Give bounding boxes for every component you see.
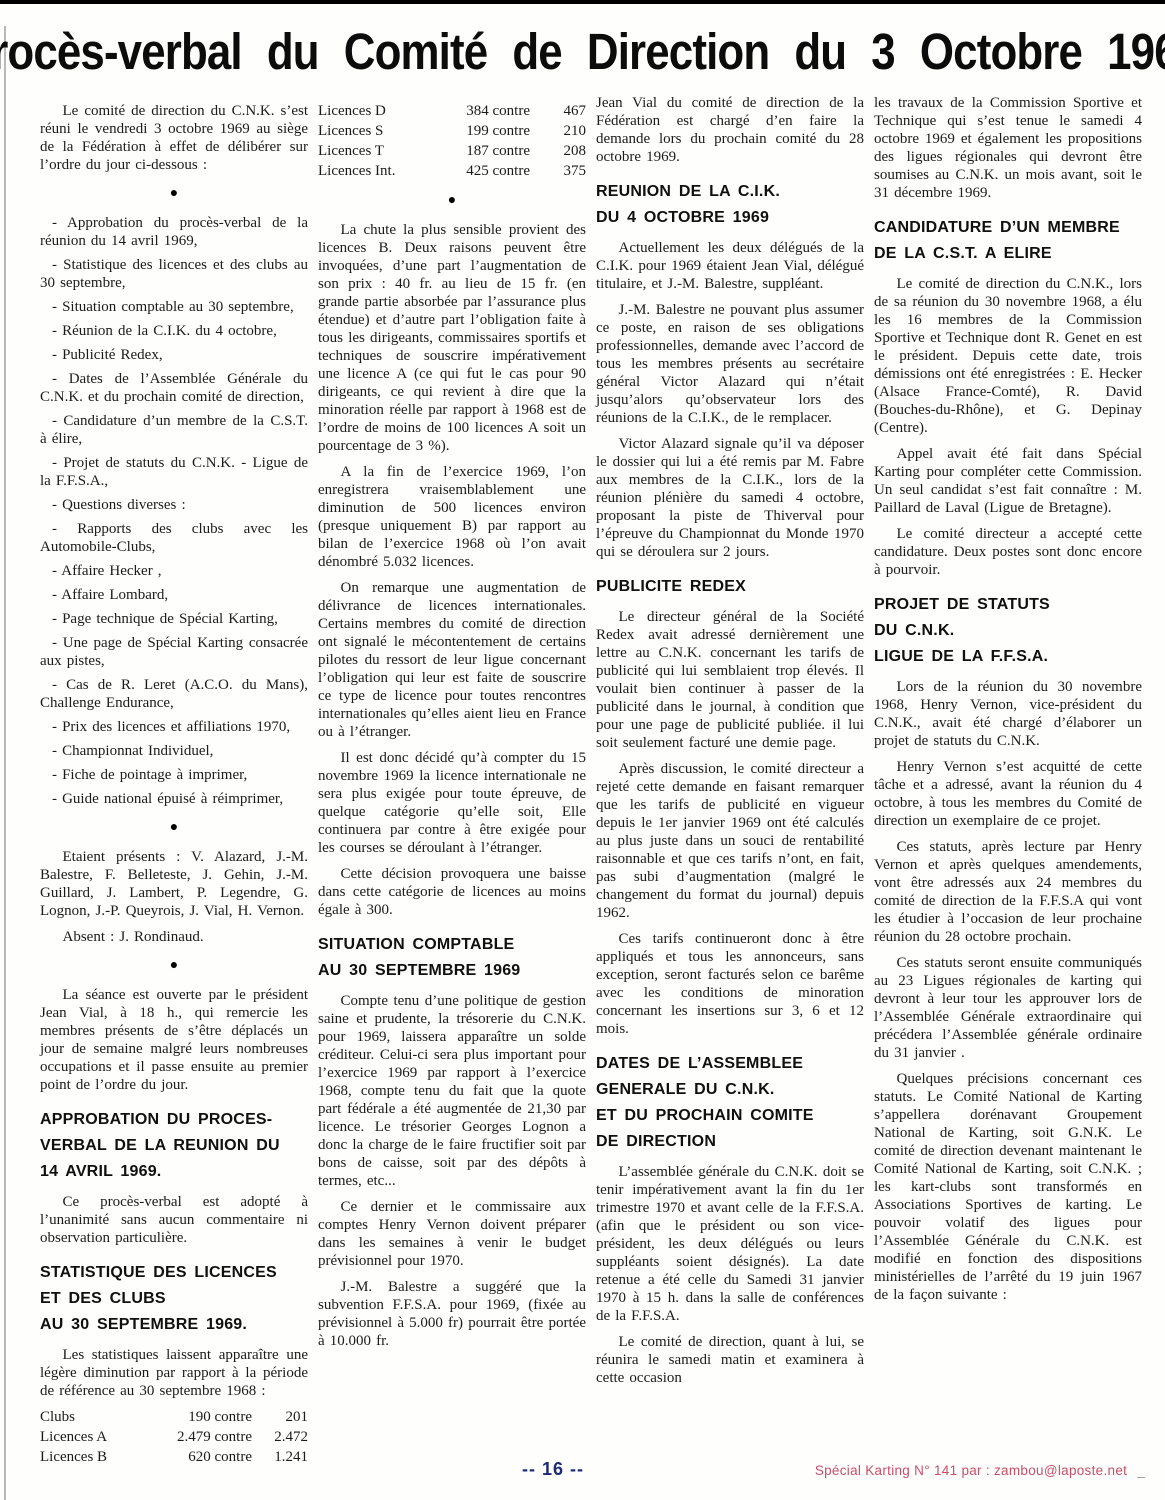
agenda-item: - Réunion de la C.I.K. du 4 octobre, <box>40 322 308 340</box>
document-page: Procès-verbal du Comité de Direction du … <box>0 0 1165 1500</box>
bullet-separator: ● <box>40 187 308 201</box>
section-heading: DATES DE L’ASSEMBLEEGENERALE DU C.N.K.ET… <box>596 1051 864 1155</box>
paragraph: Victor Alazard signale qu’il va déposer … <box>596 435 864 561</box>
page-number: -- 16 -- <box>522 1459 584 1480</box>
agenda-item: - Championnat Individuel, <box>40 742 308 760</box>
left-border-rule <box>4 26 6 1500</box>
paragraph: Les statistiques laissent apparaître une… <box>40 1346 308 1400</box>
stats-value-previous: 2.472 <box>252 1427 308 1447</box>
paragraph: La chute la plus sensible provient des l… <box>318 221 586 455</box>
section-heading: PROJET DE STATUTSDU C.N.K.LIGUE DE LA F.… <box>874 592 1142 670</box>
paragraph: Henry Vernon s’est acquitté de cette tâc… <box>874 758 1142 830</box>
stats-row: Licences A2.479 contre2.472 <box>40 1427 308 1447</box>
stats-table: Licences D384 contre467Licences S199 con… <box>318 101 586 181</box>
stats-value-previous: 467 <box>530 101 586 121</box>
heading-line: VERBAL DE LA REUNION DU <box>40 1133 308 1159</box>
paragraph: Compte tenu d’une politique de gestion s… <box>318 992 586 1190</box>
top-border-rule <box>0 0 1165 4</box>
paragraph: les travaux de la Commission Sportive et… <box>874 94 1142 202</box>
paragraph: Lors de la réunion du 30 novembre 1968, … <box>874 678 1142 750</box>
page-title: Procès-verbal du Comité de Direction du … <box>0 24 1165 80</box>
stats-value-previous: 1.241 <box>252 1447 308 1467</box>
agenda-item: - Page technique de Spécial Karting, <box>40 610 308 628</box>
stats-label: Licences D <box>318 101 466 121</box>
section-heading: PUBLICITE REDEX <box>596 574 864 600</box>
heading-line: STATISTIQUE DES LICENCES <box>40 1260 308 1286</box>
stats-value-current: 190 contre <box>188 1407 252 1427</box>
heading-line: SITUATION COMPTABLE <box>318 932 586 958</box>
stats-value-current: 2.479 contre <box>177 1427 252 1447</box>
stats-label: Clubs <box>40 1407 188 1427</box>
paragraph: Quelques précisions concernant ces statu… <box>874 1070 1142 1304</box>
article-columns: Le comité de direction du C.N.K. s’est r… <box>40 94 1142 1467</box>
stats-value-current: 425 contre <box>466 161 530 181</box>
footer-credit: Spécial Karting N° 141 par : zambou@lapo… <box>815 1463 1145 1478</box>
stats-value-current: 384 contre <box>466 101 530 121</box>
agenda-item: - Fiche de pointage à imprimer, <box>40 766 308 784</box>
paragraph: Ce dernier et le commissaire aux comptes… <box>318 1198 586 1270</box>
agenda-item: - Une page de Spécial Karting consacrée … <box>40 634 308 670</box>
heading-line: DE LA C.S.T. A ELIRE <box>874 241 1142 267</box>
bullet-separator: ● <box>318 194 586 208</box>
paragraph: L’assemblée générale du C.N.K. doit se t… <box>596 1163 864 1325</box>
paragraph: Ces tarifs continueront donc à être appl… <box>596 930 864 1038</box>
stats-value-previous: 201 <box>252 1407 308 1427</box>
section-heading: APPROBATION DU PROCES-VERBAL DE LA REUNI… <box>40 1107 308 1185</box>
paragraph: A la fin de l’exercice 1969, l’on enregi… <box>318 463 586 571</box>
agenda-item: - Prix des licences et affiliations 1970… <box>40 718 308 736</box>
heading-line: APPROBATION DU PROCES- <box>40 1107 308 1133</box>
heading-line: ET DU PROCHAIN COMITE <box>596 1103 864 1129</box>
heading-line: DE DIRECTION <box>596 1129 864 1155</box>
agenda-item: - Affaire Lombard, <box>40 586 308 604</box>
paragraph: Ce procès-verbal est adopté à l’unanimit… <box>40 1193 308 1247</box>
paragraph: J.-M. Balestre ne pouvant plus assumer c… <box>596 301 864 427</box>
paragraph: Le comité de direction, quant à lui, se … <box>596 1333 864 1387</box>
section-heading: REUNION DE LA C.I.K.DU 4 OCTOBRE 1969 <box>596 179 864 231</box>
title-bar: Procès-verbal du Comité de Direction du … <box>0 0 1165 80</box>
bullet-icon: ● <box>170 959 178 973</box>
bullet-separator: ● <box>40 821 308 835</box>
paragraph: Jean Vial du comité de direction de la F… <box>596 94 864 166</box>
agenda-item: - Guide national épuisé à réimprimer, <box>40 790 308 808</box>
agenda-item: - Cas de R. Leret (A.C.O. du Mans), Chal… <box>40 676 308 712</box>
agenda-item: - Statistique des licences et des clubs … <box>40 256 308 292</box>
stats-row: Clubs190 contre201 <box>40 1407 308 1427</box>
heading-line: LIGUE DE LA F.F.S.A. <box>874 644 1142 670</box>
stats-value-current: 620 contre <box>188 1447 252 1467</box>
paragraph: Après discussion, le comité directeur a … <box>596 760 864 922</box>
agenda-item: - Affaire Hecker , <box>40 562 308 580</box>
paragraph: Etaient présents : V. Alazard, J.-M. Bal… <box>40 848 308 920</box>
agenda-item: - Candidature d’un membre de la C.S.T. à… <box>40 412 308 448</box>
stats-value-current: 199 contre <box>466 121 530 141</box>
heading-line: REUNION DE LA C.I.K. <box>596 179 864 205</box>
bullet-icon: ● <box>170 821 178 835</box>
section-heading: SITUATION COMPTABLEAU 30 SEPTEMBRE 1969 <box>318 932 586 984</box>
stats-table: Clubs190 contre201Licences A2.479 contre… <box>40 1407 308 1467</box>
paragraph: J.-M. Balestre a suggéré que la subventi… <box>318 1278 586 1350</box>
paragraph: La séance est ouverte par le président J… <box>40 986 308 1094</box>
stats-value-previous: 210 <box>530 121 586 141</box>
paragraph: Appel avait été fait dans Spécial Kartin… <box>874 445 1142 517</box>
heading-line: DU C.N.K. <box>874 618 1142 644</box>
stats-value-current: 187 contre <box>466 141 530 161</box>
footer-credit-text: Spécial Karting N° 141 par : zambou@lapo… <box>815 1463 1127 1478</box>
heading-line: AU 30 SEPTEMBRE 1969. <box>40 1312 308 1338</box>
stats-label: Licences A <box>40 1427 177 1447</box>
heading-line: DATES DE L’ASSEMBLEE <box>596 1051 864 1077</box>
heading-line: GENERALE DU C.N.K. <box>596 1077 864 1103</box>
paragraph: Cette décision provoquera une baisse dan… <box>318 865 586 919</box>
agenda-item: - Publicité Redex, <box>40 346 308 364</box>
paragraph: Ces statuts, après lecture par Henry Ver… <box>874 838 1142 946</box>
column-3: Jean Vial du comité de direction de la F… <box>596 94 864 1467</box>
heading-line: CANDIDATURE D’UN MEMBRE <box>874 215 1142 241</box>
stats-row: Licences D384 contre467 <box>318 101 586 121</box>
stats-row: Licences Int.425 contre375 <box>318 161 586 181</box>
stats-label: Licences S <box>318 121 466 141</box>
bullet-icon: ● <box>448 194 456 208</box>
stats-row: Licences B620 contre1.241 <box>40 1447 308 1467</box>
footer-trailing-mark: _ <box>1137 1463 1145 1478</box>
stats-label: Licences T <box>318 141 466 161</box>
heading-line: PROJET DE STATUTS <box>874 592 1142 618</box>
agenda-item: - Questions diverses : <box>40 496 308 514</box>
stats-row: Licences S199 contre210 <box>318 121 586 141</box>
paragraph: Le comité directeur a accepté cette cand… <box>874 525 1142 579</box>
heading-line: AU 30 SEPTEMBRE 1969 <box>318 958 586 984</box>
stats-label: Licences Int. <box>318 161 466 181</box>
paragraph: Actuellement les deux délégués de la C.I… <box>596 239 864 293</box>
paragraph: On remarque une augmentation de délivran… <box>318 579 586 741</box>
paragraph: Le comité de direction du C.N.K., lors d… <box>874 275 1142 437</box>
paragraph: Le comité de direction du C.N.K. s’est r… <box>40 102 308 174</box>
heading-line: 14 AVRIL 1969. <box>40 1159 308 1185</box>
heading-line: ET DES CLUBS <box>40 1286 308 1312</box>
agenda-item: - Approbation du procès-verbal de la réu… <box>40 214 308 250</box>
column-4: les travaux de la Commission Sportive et… <box>874 94 1142 1467</box>
stats-label: Licences B <box>40 1447 188 1467</box>
heading-line: PUBLICITE REDEX <box>596 574 864 600</box>
agenda-item: - Projet de statuts du C.N.K. - Ligue de… <box>40 454 308 490</box>
agenda-item: - Rapports des clubs avec les Automobile… <box>40 520 308 556</box>
column-2: Licences D384 contre467Licences S199 con… <box>318 94 586 1467</box>
paragraph: Absent : J. Rondinaud. <box>40 928 308 946</box>
paragraph: Ces statuts seront ensuite communiqués a… <box>874 954 1142 1062</box>
bullet-icon: ● <box>170 187 178 201</box>
heading-line: DU 4 OCTOBRE 1969 <box>596 205 864 231</box>
stats-row: Licences T187 contre208 <box>318 141 586 161</box>
stats-value-previous: 375 <box>530 161 586 181</box>
section-heading: CANDIDATURE D’UN MEMBREDE LA C.S.T. A EL… <box>874 215 1142 267</box>
column-1: Le comité de direction du C.N.K. s’est r… <box>40 94 308 1467</box>
agenda-item: - Situation comptable au 30 septembre, <box>40 298 308 316</box>
paragraph: Le directeur général de la Société Redex… <box>596 608 864 752</box>
stats-value-previous: 208 <box>530 141 586 161</box>
bullet-separator: ● <box>40 959 308 973</box>
paragraph: Il est donc décidé qu’à compter du 15 no… <box>318 749 586 857</box>
section-heading: STATISTIQUE DES LICENCESET DES CLUBSAU 3… <box>40 1260 308 1338</box>
agenda-item: - Dates de l’Assemblée Générale du C.N.K… <box>40 370 308 406</box>
